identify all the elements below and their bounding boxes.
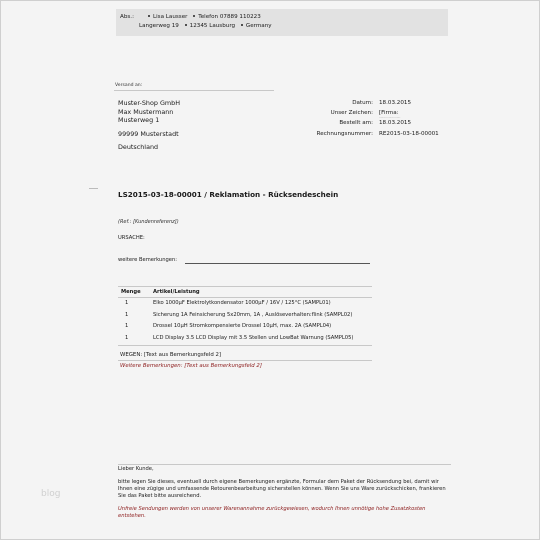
cell-article: Sicherung 1A Feinsicherung 5x20mm, 1A , … bbox=[153, 310, 352, 322]
header-article: Artikel/Leistung bbox=[153, 287, 200, 297]
bullet-icon bbox=[241, 24, 243, 26]
sender-phone: Telefon 07889 110223 bbox=[198, 14, 261, 20]
table-row: 1 Elko 1000µF Elektrolytkondensator 1000… bbox=[118, 298, 372, 310]
divider bbox=[118, 360, 372, 361]
customer-reference: (Ref.: [Kundenreferenz]) bbox=[118, 219, 179, 225]
sender-line-1: Lisa Lausser Telefon 07889 110223 bbox=[144, 13, 261, 22]
items-table: Menge Artikel/Leistung 1 Elko 1000µF Ele… bbox=[118, 286, 372, 346]
bullet-icon bbox=[193, 15, 195, 17]
sender-label: Abs.: bbox=[120, 13, 134, 22]
meta-key: Datum: bbox=[273, 98, 373, 108]
letter-text: Lieber Kunde, bitte legen Sie dieses, ev… bbox=[118, 466, 453, 525]
cell-quantity: 1 bbox=[125, 310, 128, 322]
divider bbox=[114, 90, 274, 91]
divider bbox=[118, 464, 451, 465]
table-header: Menge Artikel/Leistung bbox=[118, 287, 372, 298]
remarks-label: weitere Bemerkungen: bbox=[118, 257, 177, 263]
sender-city: 12345 Lausburg bbox=[190, 23, 235, 29]
meta-key: Rechnungsnummer: bbox=[273, 129, 373, 139]
recipient-company: Muster-Shop GmbH bbox=[118, 99, 180, 108]
reason-text: WEGEN: [Text aus Bemerkungsfeld 2] bbox=[120, 352, 221, 358]
letter-salutation: Lieber Kunde, bbox=[118, 466, 453, 473]
cell-article: Drossel 10µH Stromkompensierte Drossel 1… bbox=[153, 321, 331, 333]
cell-quantity: 1 bbox=[125, 298, 128, 310]
table-row: 1 Drossel 10µH Stromkompensierte Drossel… bbox=[118, 321, 372, 333]
letter-warning: Unfreie Sendungen werden von unserer War… bbox=[118, 506, 453, 520]
meta-value: 18.03.2015 bbox=[379, 98, 411, 108]
cause-label: URSACHE: bbox=[118, 235, 145, 241]
sender-box: Abs.: Lisa Lausser Telefon 07889 110223 … bbox=[116, 9, 448, 36]
bullet-icon bbox=[185, 24, 187, 26]
meta-value: RE2015-03-18-00001 bbox=[379, 129, 439, 139]
further-remarks: Weitere Bemerkungen: [Text aus Bemerkung… bbox=[120, 363, 262, 369]
sender-country: Germany bbox=[246, 23, 272, 29]
recipient-country: Deutschland bbox=[118, 143, 180, 152]
header-quantity: Menge bbox=[121, 287, 141, 297]
recipient-city: 99999 Musterstadt bbox=[118, 130, 180, 139]
document-title: LS2015-03-18-00001 / Reklamation - Rücks… bbox=[118, 190, 338, 199]
cell-article: LCD Display 3.5 LCD Display mit 3.5 Stel… bbox=[153, 333, 353, 345]
recipient-address: Muster-Shop GmbH Max Mustermann Musterwe… bbox=[118, 99, 180, 152]
sender-name: Lisa Lausser bbox=[153, 14, 187, 20]
table-row: 1 LCD Display 3.5 LCD Display mit 3.5 St… bbox=[118, 333, 372, 345]
fold-mark bbox=[89, 188, 98, 189]
cell-quantity: 1 bbox=[125, 321, 128, 333]
sender-street: Langerweg 19 bbox=[139, 23, 179, 29]
bullet-icon bbox=[148, 15, 150, 17]
watermark: blog bbox=[41, 489, 60, 499]
cell-quantity: 1 bbox=[125, 333, 128, 345]
meta-value: 18.03.2015 bbox=[379, 118, 411, 128]
letter-body: bitte legen Sie dieses, eventuell durch … bbox=[118, 479, 453, 501]
shipping-label: Versand an: bbox=[115, 83, 142, 88]
meta-key: Bestellt am: bbox=[273, 118, 373, 128]
meta-key: Unser Zeichen: bbox=[273, 108, 373, 118]
remarks-input-line bbox=[185, 263, 370, 264]
recipient-street: Musterweg 1 bbox=[118, 116, 180, 125]
table-row: 1 Sicherung 1A Feinsicherung 5x20mm, 1A … bbox=[118, 310, 372, 322]
cell-article: Elko 1000µF Elektrolytkondensator 1000µF… bbox=[153, 298, 331, 310]
sender-line-2: Langerweg 19 12345 Lausburg Germany bbox=[139, 22, 272, 31]
recipient-person: Max Mustermann bbox=[118, 108, 180, 117]
divider bbox=[118, 345, 372, 346]
